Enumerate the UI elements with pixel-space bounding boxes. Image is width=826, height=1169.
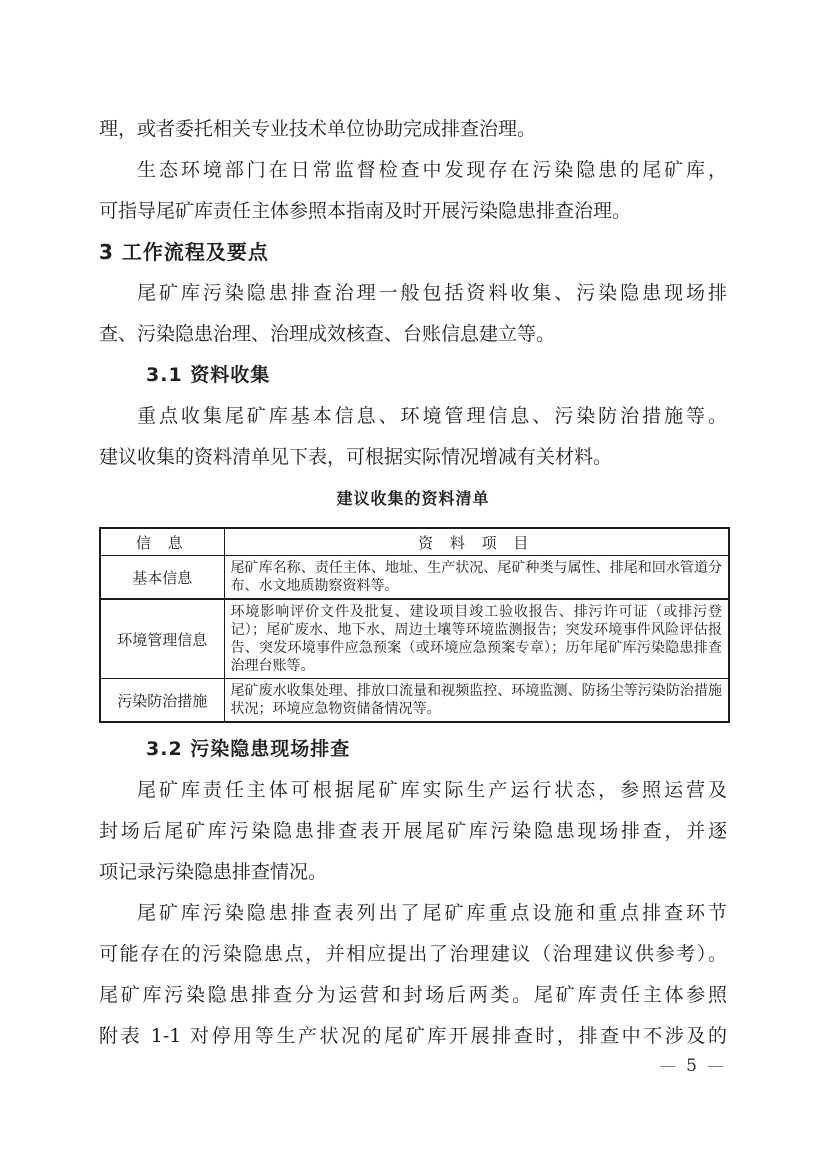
paragraph-line: 生态环境部门在日常监督检查中发现存在污染隐患的尾矿库，: [99, 150, 727, 191]
paragraph-continuation-line: 理，或者委托相关专业技术单位协助完成排查治理。: [99, 109, 727, 150]
row-content: 环境影响评价文件及批复、建设项目竣工验收报告、排污许可证（或排污登记）；尾矿废水…: [224, 599, 729, 679]
table-header-info: 信 息: [100, 528, 224, 556]
paragraph-line: 查、污染隐患治理、治理成效核查、台账信息建立等。: [99, 314, 727, 355]
row-label: 环境管理信息: [100, 599, 224, 679]
section-heading-3: 3 工作流程及要点: [99, 232, 727, 273]
row-content: 尾矿废水收集处理、排放口流量和视频监控、环境监测、防扬尘等污染防治措施状况；环境…: [224, 679, 729, 723]
section-heading-3-1: 3.1 资料收集: [99, 355, 727, 396]
paragraph-line: 项记录污染隐患排查情况。: [99, 852, 727, 893]
footer-page-number: 5: [686, 1056, 697, 1076]
table-header-items: 资 料 项 目: [224, 528, 729, 556]
table-row-pollution-control: 污染防治措施 尾矿废水收集处理、排放口流量和视频监控、环境监测、防扬尘等污染防治…: [100, 679, 729, 723]
paragraph-line: 可能存在的污染隐患点，并相应提出了治理建议（治理建议供参考）。: [99, 934, 727, 975]
table-header-row: 信 息 资 料 项 目: [100, 528, 729, 556]
document-page: 理，或者委托相关专业技术单位协助完成排查治理。 生态环境部门在日常监督检查中发现…: [0, 0, 826, 1169]
table-row-env-management: 环境管理信息 环境影响评价文件及批复、建设项目竣工验收报告、排污许可证（或排污登…: [100, 599, 729, 679]
section-heading-3-2: 3.2 污染隐患现场排查: [99, 729, 727, 770]
paragraph-line: 建议收集的资料清单见下表，可根据实际情况增减有关材料。: [99, 437, 727, 478]
paragraph-line: 重点收集尾矿库基本信息、环境管理信息、污染防治措施等。: [99, 396, 727, 437]
row-label: 基本信息: [100, 556, 224, 600]
paragraph-line: 可指导尾矿库责任主体参照本指南及时开展污染隐患排查治理。: [99, 191, 727, 232]
footer-dash-left: —: [659, 1056, 676, 1076]
paragraph-line: 附表 1-1 对停用等生产状况的尾矿库开展排查时，排查中不涉及的: [99, 1016, 727, 1057]
paragraph-line: 尾矿库污染隐患排查治理一般包括资料收集、污染隐患现场排: [99, 273, 727, 314]
paragraph-line: 尾矿库责任主体可根据尾矿库实际生产运行状态，参照运营及: [99, 770, 727, 811]
paragraph-line: 封场后尾矿库污染隐患排查表开展尾矿库污染隐患现场排查，并逐: [99, 811, 727, 852]
page-number: —5—: [659, 1051, 724, 1081]
paragraph-line: 尾矿库污染隐患排查表列出了尾矿库重点设施和重点排查环节: [99, 893, 727, 934]
footer-dash-right: —: [707, 1056, 724, 1076]
row-label: 污染防治措施: [100, 679, 224, 723]
table-row-basic-info: 基本信息 尾矿库名称、责任主体、地址、生产状况、尾矿种类与属性、排尾和回水管道分…: [100, 556, 729, 600]
page-content: 理，或者委托相关专业技术单位协助完成排查治理。 生态环境部门在日常监督检查中发现…: [99, 109, 727, 1057]
paragraph-line: 尾矿库污染隐患排查分为运营和封场后两类。尾矿库责任主体参照: [99, 975, 727, 1016]
table-title: 建议收集的资料清单: [99, 478, 727, 519]
row-content: 尾矿库名称、责任主体、地址、生产状况、尾矿种类与属性、排尾和回水管道分布、水文地…: [224, 556, 729, 600]
materials-checklist-table: 信 息 资 料 项 目 基本信息 尾矿库名称、责任主体、地址、生产状况、尾矿种类…: [99, 527, 730, 723]
